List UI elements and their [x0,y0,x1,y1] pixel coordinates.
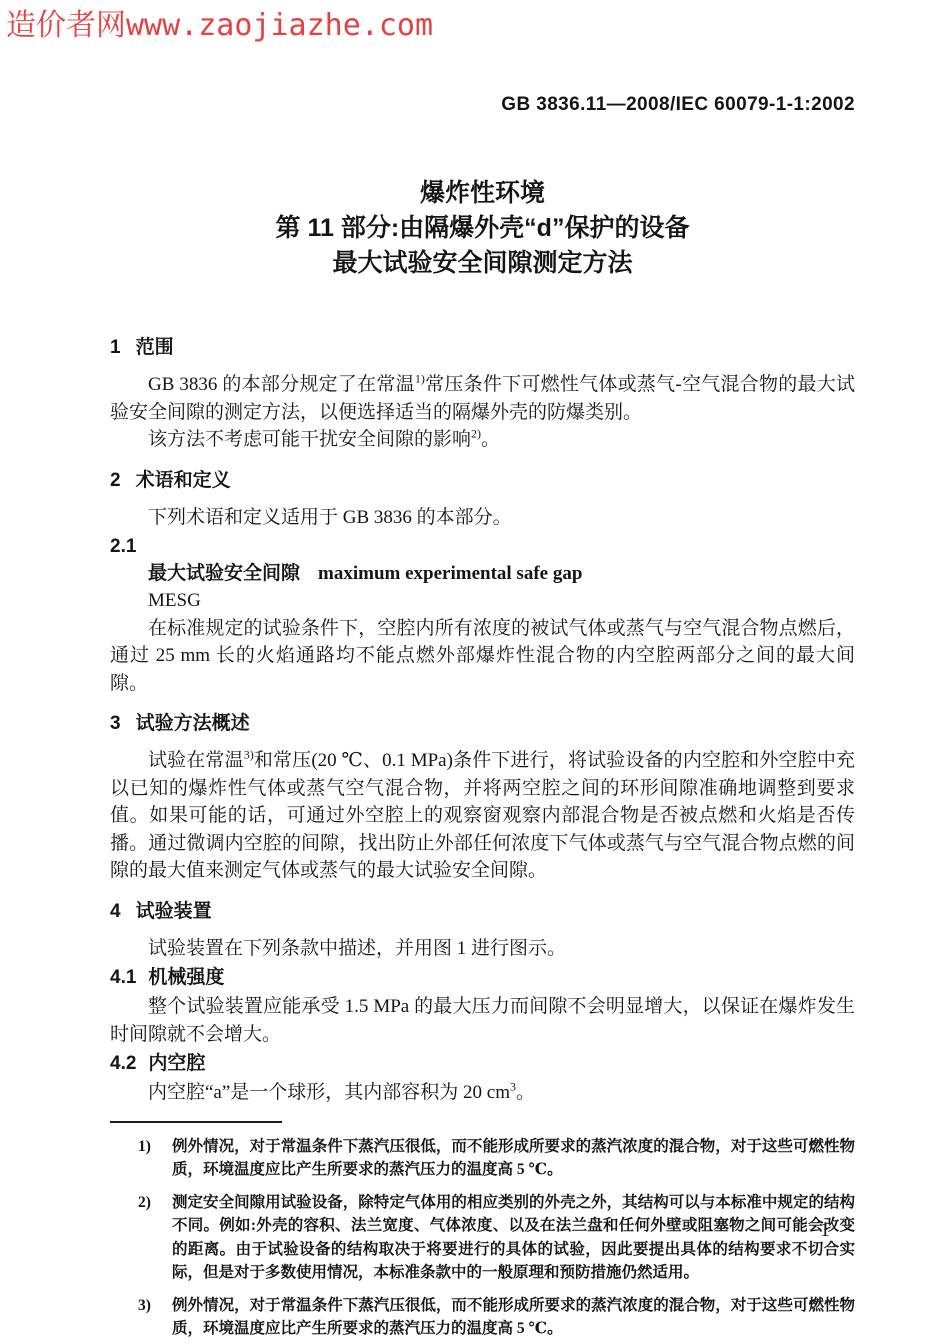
clause-4-title: 试验装置 [136,901,212,923]
clause-3-heading: 3 试验方法概述 [110,713,855,735]
footnotes-block: 1) 例外情况，对于常温条件下蒸汽压很低，而不能形成所要求的蒸汽浓度的混合物，对… [110,1135,855,1341]
subclause-2-1-number: 2.1 [110,533,855,560]
term-abbreviation: MESG [110,587,855,615]
footnote-2-number: 2) [138,1191,172,1285]
clause-4-number: 4 [110,901,121,923]
clause-1-title: 范围 [136,337,174,359]
subclause-4-1-number: 4.1 [110,964,136,991]
footnote-2: 2) 测定安全间隙用试验设备，除特定气体用的相应类别的外壳之外，其结构可以与本标… [110,1191,855,1285]
footnote-ref-3: 3) [244,748,254,762]
title-line-2: 第 11 部分:由隔爆外壳“d”保护的设备 [110,211,855,246]
clause-1-paragraph-1: GB 3836 的本部分规定了在常温1)常压条件下可燃性气体或蒸气-空气混合物的… [110,371,855,426]
footnote-3-number: 3) [138,1294,172,1341]
clause-2-title: 术语和定义 [136,470,231,492]
clause-4-heading: 4 试验装置 [110,901,855,923]
standard-code: GB 3836.11—2008/IEC 60079-1-1:2002 [110,94,855,116]
clause-3-title: 试验方法概述 [136,713,250,735]
paragraph-text: 试验在常温 [148,750,244,771]
subclause-4-2-heading: 4.2 内空腔 [110,1050,855,1077]
term-english: maximum experimental safe gap [318,563,582,584]
paragraph-text: 。 [481,429,500,450]
clause-2-number: 2 [110,470,121,492]
clause-4-paragraph-1: 试验装置在下列条款中描述，并用图 1 进行图示。 [110,935,855,963]
clause-2-paragraph-1: 下列术语和定义适用于 GB 3836 的本部分。 [110,504,855,532]
paragraph-text: 。 [516,1082,535,1103]
footnote-separator [110,1121,282,1123]
footnote-1-number: 1) [138,1135,172,1182]
term-chinese: 最大试验安全间隙 [148,563,300,584]
footnote-ref-2: 2) [471,427,481,441]
title-line-3: 最大试验安全间隙测定方法 [110,246,855,281]
clause-3-paragraph-1: 试验在常温3)和常压(20 ℃、0.1 MPa)条件下进行，将试验设备的内空腔和… [110,747,855,885]
clause-1-heading: 1 范围 [110,337,855,359]
subclause-4-2-paragraph: 内空腔“a”是一个球形，其内部容积为 20 cm3。 [110,1079,855,1107]
clause-1-number: 1 [110,337,121,359]
subclause-4-2-number: 4.2 [110,1050,136,1077]
title-line-1: 爆炸性环境 [110,176,855,211]
page-number: 1 [820,1218,830,1242]
paragraph-text: 该方法不考虑可能干扰安全间隙的影响 [148,429,471,450]
footnote-1: 1) 例外情况，对于常温条件下蒸汽压很低，而不能形成所要求的蒸汽浓度的混合物，对… [110,1135,855,1182]
paragraph-text: 内空腔“a”是一个球形，其内部容积为 20 cm [148,1082,510,1103]
clause-2-paragraph-2: 在标准规定的试验条件下，空腔内所有浓度的被试气体或蒸气与空气混合物点燃后，通过 … [110,615,855,698]
paragraph-text: GB 3836 的本部分规定了在常温 [148,374,415,395]
document-content: GB 3836.11—2008/IEC 60079-1-1:2002 爆炸性环境… [0,0,950,1341]
subclause-4-1-heading: 4.1 机械强度 [110,964,855,991]
subclause-4-1-paragraph: 整个试验装置应能承受 1.5 MPa 的最大压力而间隙不会明显增大，以保证在爆炸… [110,993,855,1048]
clause-2-heading: 2 术语和定义 [110,470,855,492]
footnote-2-text: 测定安全间隙用试验设备，除特定气体用的相应类别的外壳之外，其结构可以与本标准中规… [172,1191,855,1285]
footnote-3: 3) 例外情况，对于常温条件下蒸汽压很低，而不能形成所要求的蒸汽浓度的混合物，对… [110,1294,855,1341]
clause-1-paragraph-2: 该方法不考虑可能干扰安全间隙的影响2)。 [110,426,855,454]
clause-3-number: 3 [110,713,121,735]
term-definition-line: 最大试验安全间隙maximum experimental safe gap [110,560,855,587]
document-page: { "watermark": { "text": "造价者网www.zaojia… [0,0,950,1344]
subclause-4-2-title: 内空腔 [148,1050,205,1077]
footnote-1-text: 例外情况，对于常温条件下蒸汽压很低，而不能形成所要求的蒸汽浓度的混合物，对于这些… [172,1135,855,1182]
subclause-4-1-title: 机械强度 [148,964,224,991]
footnote-3-text: 例外情况，对于常温条件下蒸汽压很低，而不能形成所要求的蒸汽浓度的混合物，对于这些… [172,1294,855,1341]
document-title: 爆炸性环境 第 11 部分:由隔爆外壳“d”保护的设备 最大试验安全间隙测定方法 [110,176,855,281]
footnote-ref-1: 1) [415,372,425,386]
